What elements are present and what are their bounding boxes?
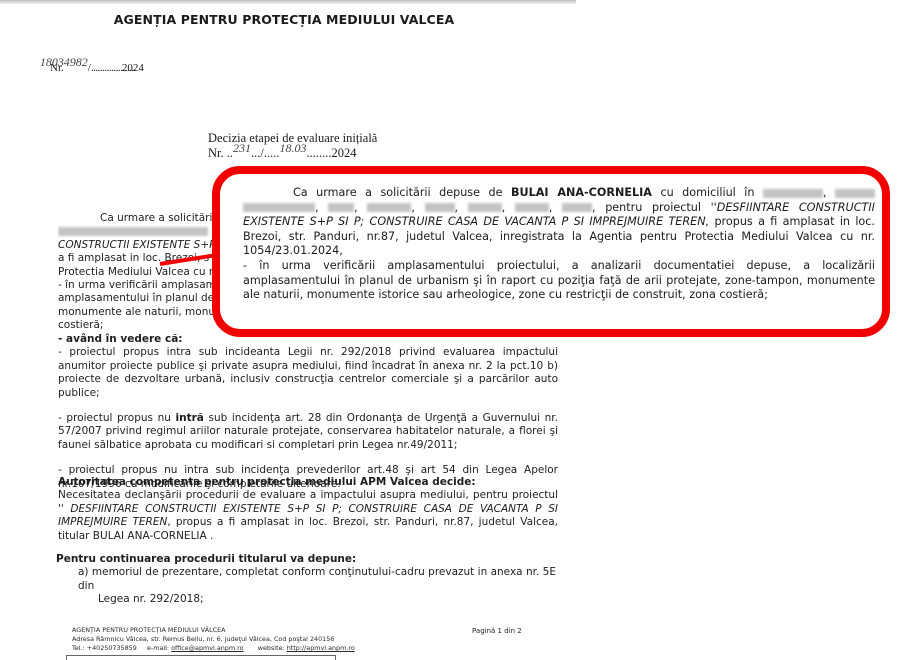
email-link[interactable]: office@apmvl.anpm.ro (171, 644, 243, 652)
applicant-name: BULAI ANA-CORNELIA (511, 186, 652, 199)
footer-org: AGENȚIA PENTRU PROTECȚIA MEDIULUI VÂLCEA (72, 626, 472, 635)
considering-section: - având în vedere că: - proiectul propus… (58, 333, 558, 491)
redacted-address (58, 227, 208, 236)
considering-point-1: - proiectul propus intra sub incideanta … (58, 346, 558, 400)
footer-divider (66, 655, 336, 660)
considering-point-2: - proiectul propus nu intră sub incidenţ… (58, 412, 558, 452)
authority-decision: Necesitatea declanşării procedurii de ev… (58, 489, 558, 543)
website-link[interactable]: http://apmvl.anpm.ro (287, 644, 355, 652)
page-footer: AGENȚIA PENTRU PROTECȚIA MEDIULUI VÂLCEA… (72, 626, 472, 653)
handwritten-number: 4982 (64, 55, 88, 69)
footer-contact: Tel.: +40250735859 e-mail: office@apmvl.… (72, 644, 472, 653)
continuation-heading: Pentru continuarea procedurii titularul … (56, 553, 556, 566)
decision-number: Nr. ..231.../.....18.03........2024 (208, 146, 377, 161)
intro-paragraph-background: Ca urmare a solicitării CONSTRUCTII EXIS… (58, 212, 238, 333)
continuation-section: Pentru continuarea procedurii titularul … (56, 553, 556, 607)
continuation-item-a: a) memoriul de prezentare, completat con… (56, 566, 556, 593)
handwritten-date: 1803 (40, 55, 64, 69)
callout-text: Ca urmare a solicitării depuse de BULAI … (243, 186, 875, 303)
authority-heading: Autoritatea competenta pentru protectia … (58, 476, 558, 489)
page-number: Pagină 1 din 2 (472, 627, 522, 635)
registration-number: Nr.4982/....................18032024 (50, 60, 144, 75)
redacted-address (763, 189, 823, 198)
verification-paragraph: - în urma verificării amplasamentului pr… (243, 259, 875, 303)
agency-title: AGENȚIA PENTRU PROTECȚIA MEDIULUI VALCEA (0, 12, 572, 27)
footer-address: Adresa Râmnicu Vâlcea, str. Remus Bellu,… (72, 635, 472, 644)
authority-section: Autoritatea competenta pentru protectia … (58, 476, 558, 543)
page-edge (0, 0, 576, 4)
decision-heading: Decizia etapei de evaluare inițială Nr. … (208, 131, 377, 161)
